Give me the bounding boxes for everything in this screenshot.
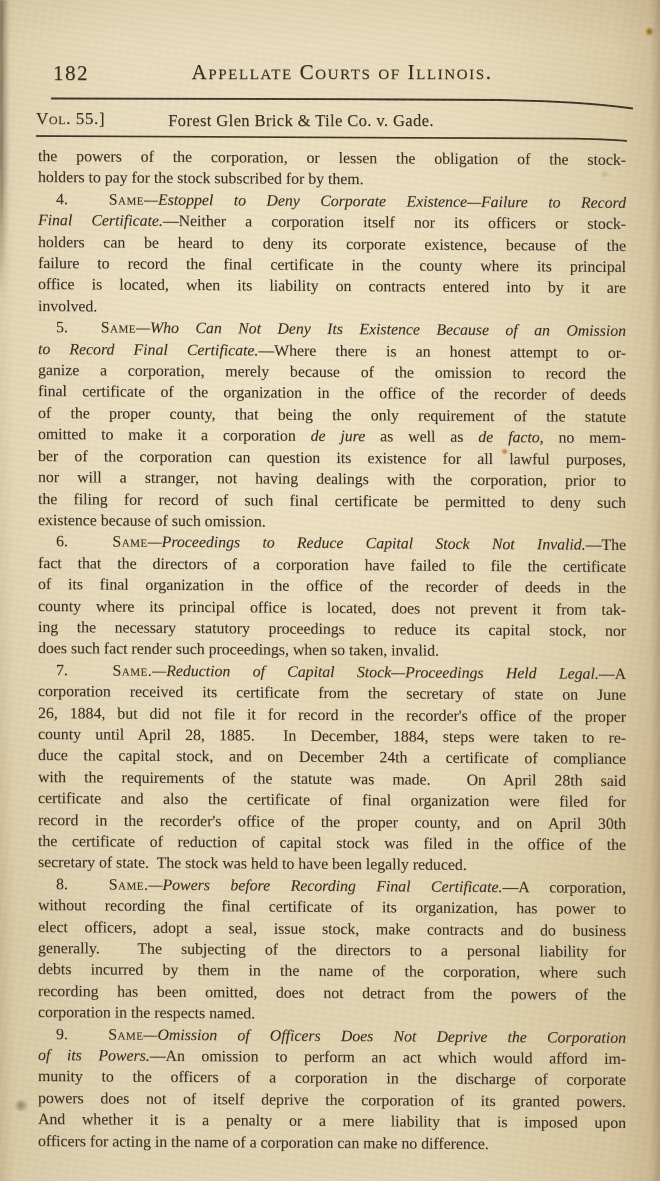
paragraph: 9. Same—Omission of Officers Does Not De… — [38, 1024, 626, 1156]
text-segment: failure to record the final certificate … — [38, 255, 626, 276]
text-segment: 4. — [56, 191, 109, 208]
text-segment: holders can be heard to deny its corpora… — [38, 234, 626, 255]
text-segment: the powers of the corporation, or lessen… — [38, 148, 626, 169]
text-segment: corporation in the respects named. — [38, 1004, 255, 1022]
text-segment: munity to the officers of a corporation … — [38, 1068, 626, 1089]
text-segment: 8. — [56, 876, 109, 893]
headnote-title: Final Certificate. — [38, 212, 163, 230]
text-segment: the certificate of reduction of capital … — [38, 833, 626, 854]
headnote-title: de facto — [478, 429, 539, 446]
text-segment: 9. — [56, 1026, 108, 1043]
catchword-label: Same. — [112, 662, 152, 679]
text-segment: as well as — [365, 428, 478, 446]
text-segment: powers does not of itself deprive the co… — [38, 1090, 626, 1111]
text-segment: with the requirements of the statute was… — [38, 769, 626, 790]
text-line: office is located, when its liability on… — [38, 274, 626, 299]
paragraph: 6. Same—Proceedings to Reduce Capital St… — [38, 531, 626, 663]
text-segment: secretary of state. The stock was held t… — [38, 854, 467, 874]
text-segment: corporation received its certificate fro… — [38, 683, 626, 704]
volume-label: Vol. 55.] — [36, 109, 105, 129]
text-segment: the filing for record of such final cert… — [38, 491, 626, 512]
text-segment: ber of the corporation can question its … — [38, 448, 626, 469]
catchword-label: Same — [109, 191, 144, 208]
text-segment: final certificate of the organization in… — [38, 383, 626, 404]
text-segment: 26, 1884, but did not file it for record… — [38, 705, 626, 726]
text-segment: county where its principal office is loc… — [38, 598, 626, 619]
catchword-label: Same. — [109, 876, 149, 893]
body-text: the powers of the corporation, or lessen… — [38, 146, 626, 1156]
text-segment: —Neither a corporation itself nor its of… — [163, 213, 626, 233]
catchword-label: Same — [108, 1026, 143, 1043]
text-segment: certificate and also the certificate of … — [38, 790, 626, 811]
catchword-label: Same — [101, 320, 136, 337]
text-segment: fact that the directors of a corporation… — [38, 555, 626, 576]
text-segment: —Where there is an honest attempt to or- — [258, 342, 626, 361]
text-segment: involved. — [38, 298, 97, 315]
paragraph: the powers of the corporation, or lessen… — [38, 146, 626, 193]
headnote-title: de jure — [311, 428, 366, 445]
text-segment: elect officers, adopt a seal, issue stoc… — [38, 919, 626, 940]
headnote-title: to Record Final Certificate. — [38, 341, 258, 359]
text-segment: 5. — [56, 319, 101, 336]
headnote-title: —Omission of Officers Does Not Deprive t… — [143, 1026, 626, 1046]
text-segment: 6. — [56, 533, 112, 550]
headnote-title: —Proceedings to Reduce Capital Stock Not… — [148, 534, 586, 554]
text-segment: existence because of such omission. — [38, 512, 266, 531]
text-segment: without recording the final certificate … — [38, 897, 626, 918]
text-segment: generally. The subjecting of the directo… — [38, 940, 626, 961]
text-segment: —An omission to perform an act which wou… — [150, 1048, 626, 1068]
paper-stain — [13, 1100, 29, 1111]
paragraph: 4. Same—Estoppel to Deny Corporate Exist… — [38, 189, 626, 321]
headnote-title: —Powers before Recording Final Certifica… — [148, 877, 502, 896]
text-segment: recording has been omitted, does not det… — [38, 983, 626, 1004]
paragraph: 7. Same.—Reduction of Capital Stock—Proc… — [38, 660, 626, 878]
text-segment: of its final organization in the office … — [38, 576, 626, 597]
text-segment: office is located, when its liability on… — [38, 276, 626, 297]
header-rule-bottom — [35, 133, 629, 145]
case-name: Forest Glen Brick & Tile Co. v. Gade. — [100, 111, 502, 131]
text-segment: ganize a corporation, merely because of … — [38, 362, 626, 383]
text-segment: ing the necessary statutory proceedings … — [38, 619, 626, 640]
catchword-label: Same — [112, 534, 147, 551]
text-segment: officers for acting in the name of a cor… — [38, 1133, 489, 1153]
text-segment: county until April 28, 1885. In December… — [38, 726, 626, 747]
text-segment: duce the capital stock, and on December … — [38, 747, 626, 768]
text-segment: debts incurred by them in the name of th… — [38, 961, 626, 982]
text-segment: 7. — [56, 662, 112, 679]
text-segment: holders to pay for the stock subscribed … — [38, 169, 364, 188]
binding-shadow — [0, 0, 11, 300]
running-title: Appellate Courts of Illinois. — [140, 60, 544, 85]
headnote-title: of its Powers. — [38, 1047, 150, 1065]
headnote-title: —Estoppel to Deny Corporate Existence—Fa… — [144, 192, 626, 212]
text-segment: , no mem- — [540, 430, 626, 448]
page-number: 182 — [53, 61, 89, 86]
headnote-title: —Reduction of Capital Stock—Proceedings … — [152, 663, 599, 683]
text-segment: does such fact render such proceedings, … — [38, 640, 439, 660]
page-edge-shadow — [650, 0, 660, 1181]
text-segment: —The — [586, 537, 626, 554]
headnote-title: —Who Can Not Deny Its Existence Because … — [136, 320, 626, 340]
header-rule-top — [50, 94, 634, 112]
text-segment: of the proper county, that being the onl… — [38, 405, 626, 426]
scanned-book-page: { "header": { "page_number": "182", "run… — [0, 0, 660, 1181]
text-line: officers for acting in the name of a cor… — [38, 1131, 626, 1156]
paragraph: 8. Same.—Powers before Recording Final C… — [38, 874, 626, 1028]
text-segment: record in the recorder's office of the p… — [38, 812, 626, 833]
text-segment: —A — [599, 665, 626, 682]
text-segment: And whether it is a penalty or a mere li… — [38, 1111, 626, 1132]
paragraph: 5. Same—Who Can Not Deny Its Existence B… — [38, 317, 626, 535]
text-segment: omitted to make it a corporation — [38, 426, 311, 445]
text-segment: nor will a stranger, not having dealings… — [38, 469, 626, 490]
text-segment: —A corporation, — [502, 879, 626, 897]
